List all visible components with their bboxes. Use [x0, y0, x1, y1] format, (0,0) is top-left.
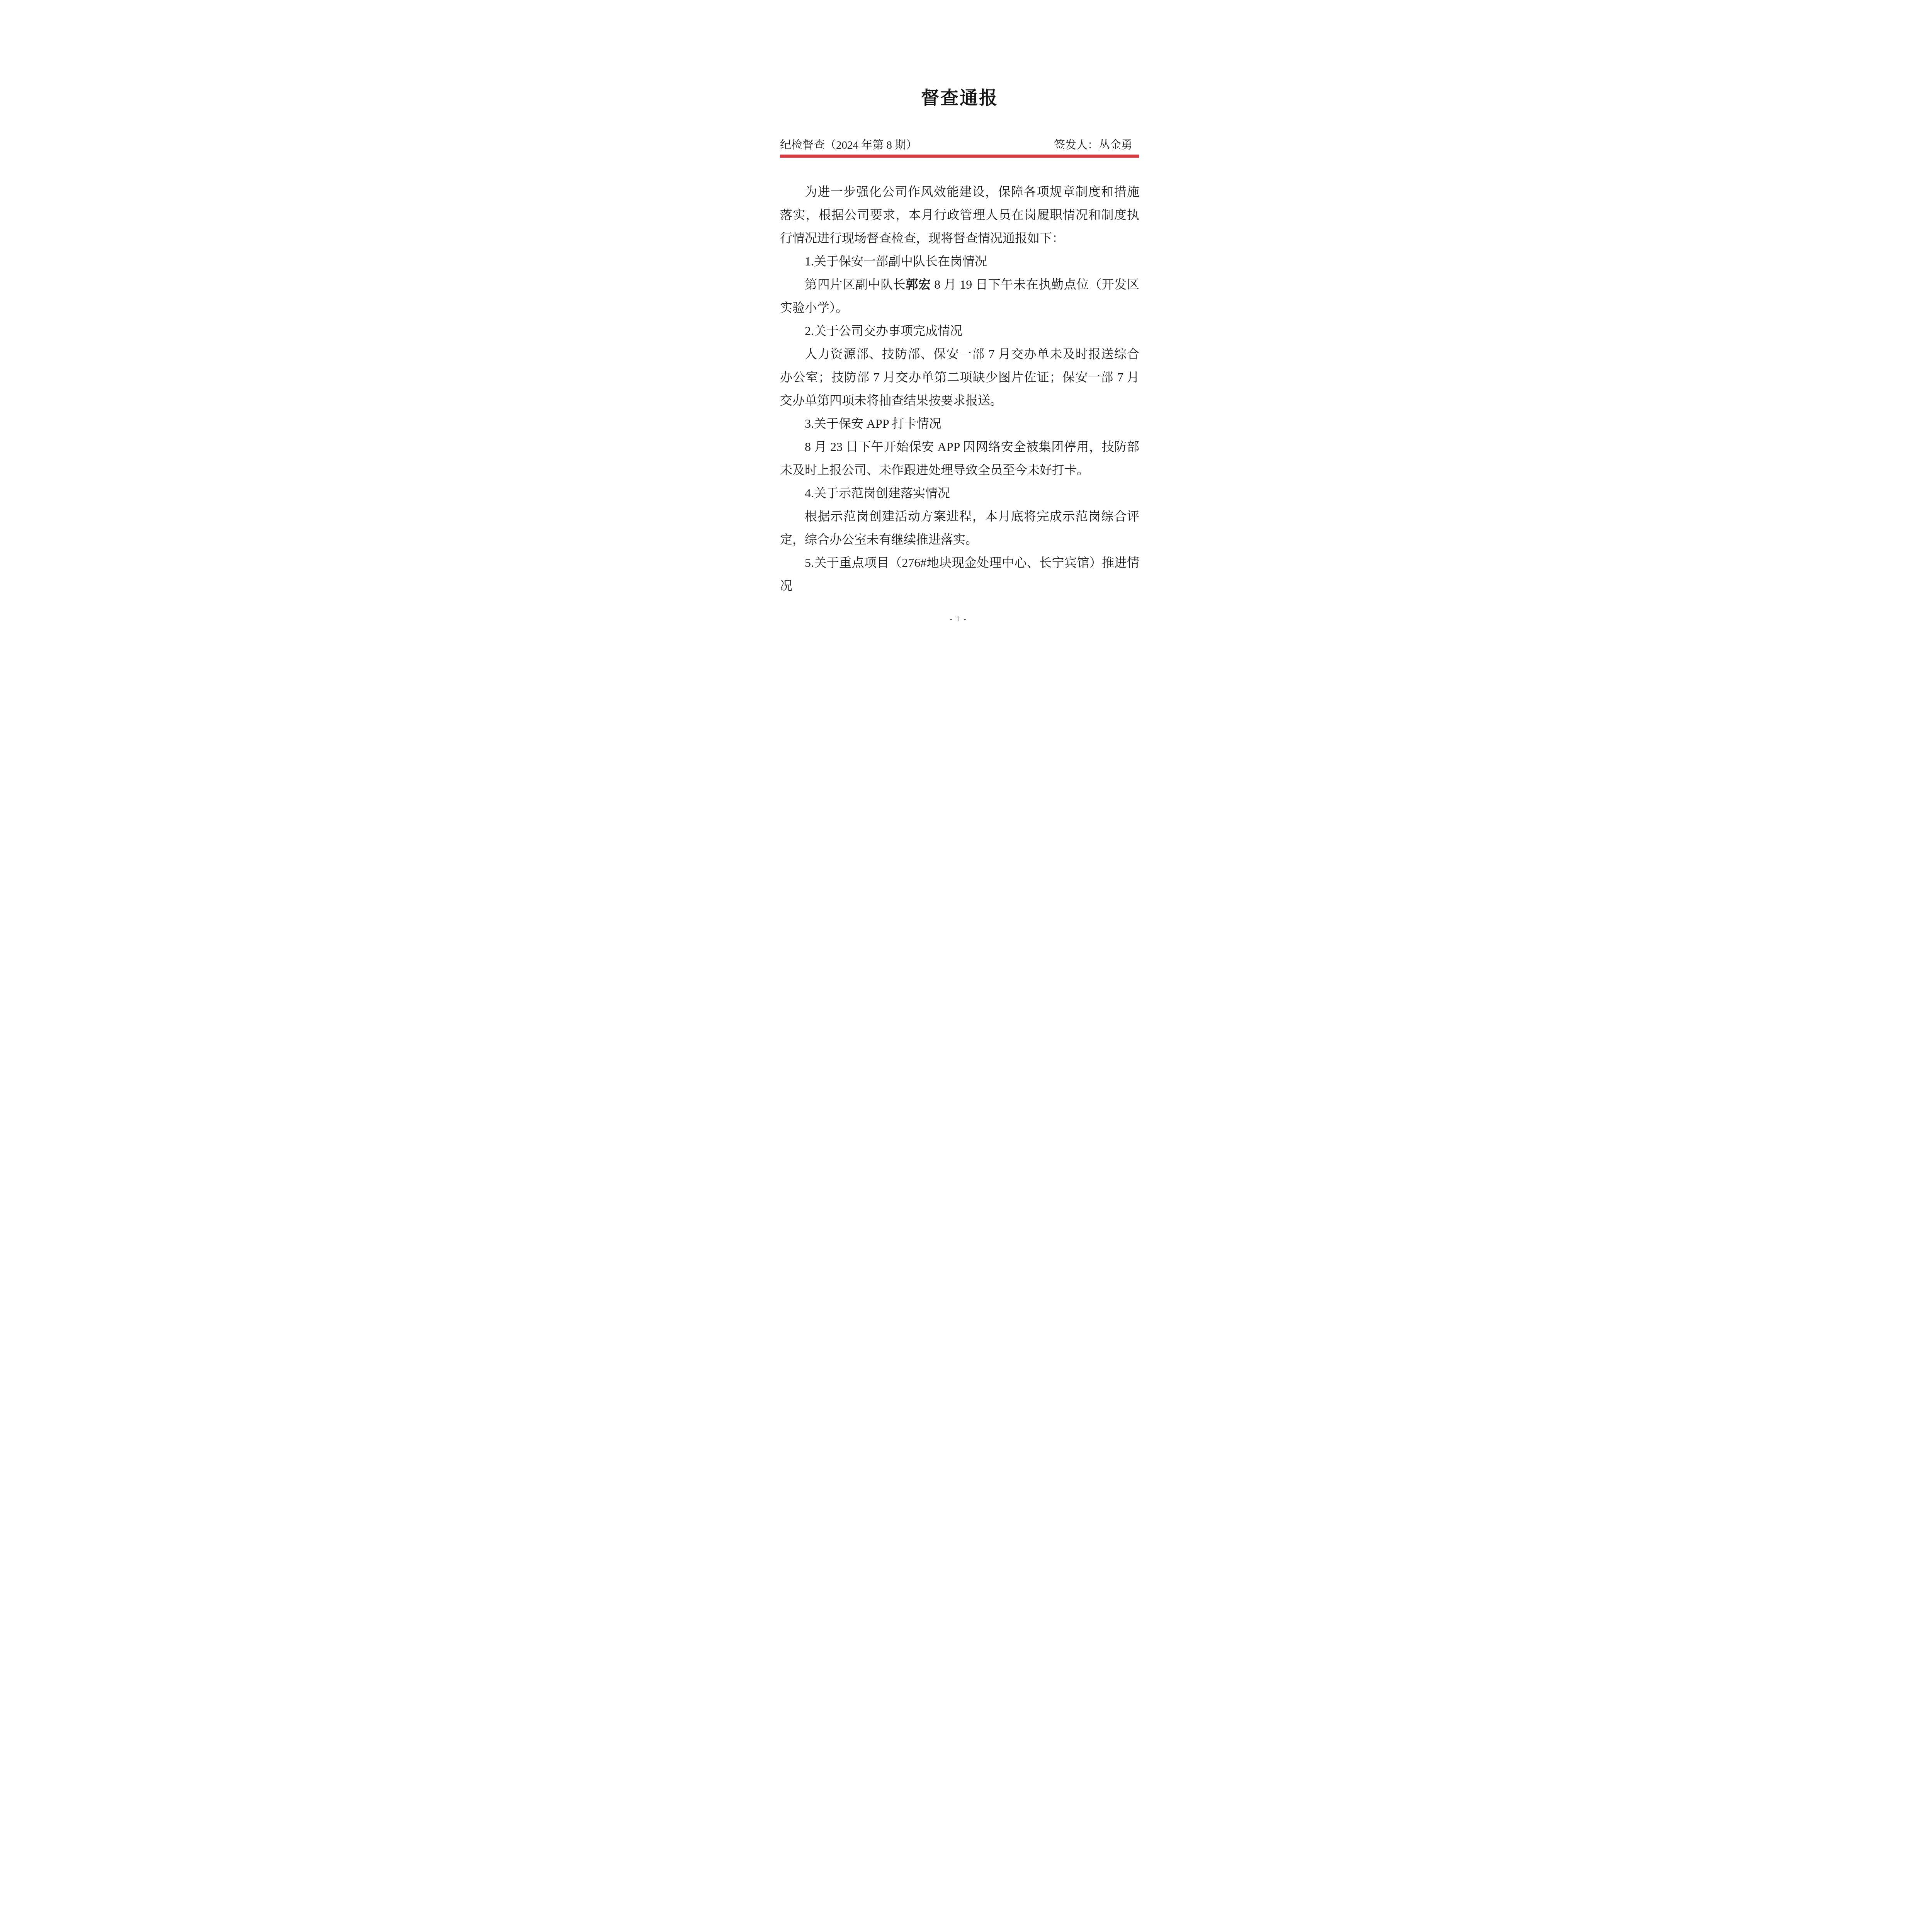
body-line-text: 第四片区副中队长	[805, 277, 906, 291]
body-line: 根据示范岗创建活动方案进程，本月底将完成示范岗综合评	[780, 505, 1139, 528]
body-line-text: 行情况进行现场督查检查，现将督查情况通报如下：	[780, 231, 1064, 245]
body-line-text: 8 月 23 日下午开始保安 APP 因网络安全被集团停用，技防部	[805, 440, 1139, 454]
issue-row: 纪检督查（2024 年第 8 期） 签发人：丛金勇	[780, 138, 1139, 153]
body-line: 1.关于保安一部副中队长在岗情况	[780, 250, 1139, 273]
document-page: 督查通报 纪检督查（2024 年第 8 期） 签发人：丛金勇 为进一步强化公司作…	[719, 0, 1198, 677]
body-line: 行情况进行现场督查检查，现将督查情况通报如下：	[780, 226, 1139, 250]
person-name-bold: 郭宏	[906, 277, 931, 291]
body-line: 为进一步强化公司作风效能建设，保障各项规章制度和措施	[780, 180, 1139, 203]
body-line: 8 月 23 日下午开始保安 APP 因网络安全被集团停用，技防部	[780, 435, 1139, 458]
body-line: 未及时上报公司、未作跟进处理导致全员至今未好打卡。	[780, 458, 1139, 481]
body-line-text: 办公室；技防部 7 月交办单第二项缺少图片佐证；保安一部 7 月	[780, 370, 1139, 384]
body-line-text: 2.关于公司交办事项完成情况	[805, 324, 962, 338]
body-line-text: 未及时上报公司、未作跟进处理导致全员至今未好打卡。	[780, 463, 1089, 477]
body-line: 人力资源部、技防部、保安一部 7 月交办单未及时报送综合	[780, 342, 1139, 366]
body-line-text: 人力资源部、技防部、保安一部 7 月交办单未及时报送综合	[805, 347, 1139, 361]
body-line-text: 8 月 19 日下午未在执勤点位（开发区	[931, 277, 1139, 291]
body-line-text: 落实，根据公司要求，本月行政管理人员在岗履职情况和制度执	[780, 208, 1139, 222]
body-line: 办公室；技防部 7 月交办单第二项缺少图片佐证；保安一部 7 月	[780, 366, 1139, 389]
body-line-text: 实验小学）。	[780, 301, 848, 315]
body-line: 2.关于公司交办事项完成情况	[780, 319, 1139, 342]
body-line: 定，综合办公室未有继续推进落实。	[780, 528, 1139, 551]
body-text: 为进一步强化公司作风效能建设，保障各项规章制度和措施落实，根据公司要求，本月行政…	[780, 180, 1139, 597]
body-line-text: 5.关于重点项目（276#地块现金处理中心、长宁宾馆）推进情	[805, 556, 1139, 570]
body-line-text: 4.关于示范岗创建落实情况	[805, 486, 950, 500]
issue-number-label: 纪检督查（2024 年第 8 期）	[780, 138, 917, 153]
body-line-text: 况	[780, 579, 792, 593]
body-line-text: 交办单第四项未将抽查结果按要求报送。	[780, 393, 1003, 407]
document-title: 督查通报	[780, 87, 1139, 109]
body-line: 实验小学）。	[780, 296, 1139, 319]
body-line-text: 1.关于保安一部副中队长在岗情况	[805, 254, 987, 268]
body-line-text: 根据示范岗创建活动方案进程，本月底将完成示范岗综合评	[805, 509, 1139, 523]
body-line-text: 3.关于保安 APP 打卡情况	[805, 417, 942, 430]
body-line: 5.关于重点项目（276#地块现金处理中心、长宁宾馆）推进情	[780, 551, 1139, 574]
body-line: 3.关于保安 APP 打卡情况	[780, 412, 1139, 435]
red-divider-line	[780, 155, 1139, 158]
body-line-text: 为进一步强化公司作风效能建设，保障各项规章制度和措施	[805, 185, 1139, 199]
body-line: 况	[780, 574, 1139, 597]
body-line: 交办单第四项未将抽查结果按要求报送。	[780, 389, 1139, 412]
body-line: 4.关于示范岗创建落实情况	[780, 481, 1139, 505]
signer-label: 签发人：丛金勇	[1054, 138, 1139, 153]
page-number: - 1 -	[719, 615, 1198, 623]
body-line: 落实，根据公司要求，本月行政管理人员在岗履职情况和制度执	[780, 203, 1139, 226]
body-line-text: 定，综合办公室未有继续推进落实。	[780, 532, 978, 546]
body-line: 第四片区副中队长郭宏 8 月 19 日下午未在执勤点位（开发区	[780, 273, 1139, 296]
